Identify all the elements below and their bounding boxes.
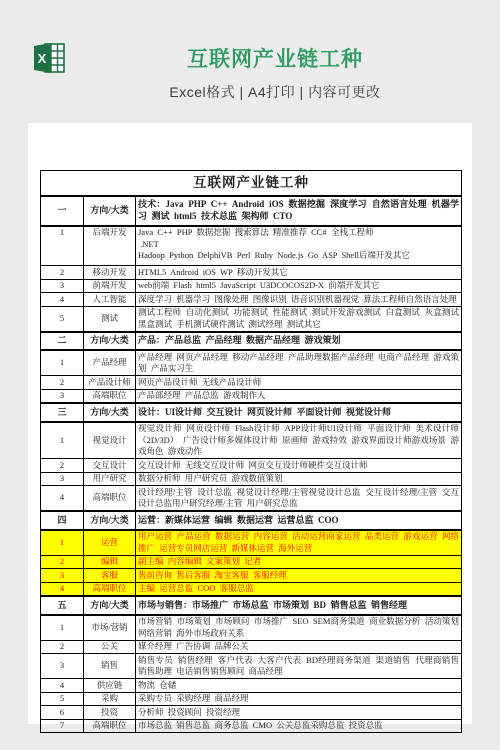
job-row: 4供应链物流 仓储 xyxy=(41,679,462,693)
header: X 互联网产业链工种 Excel格式 | A4打印 | 内容可更改 xyxy=(0,0,500,123)
job-row: 5测试测试工程师 自动化测试 功能测试 性能测试 测试开发游戏测试 白盒测试 灰… xyxy=(41,306,462,332)
job-row-number: 2 xyxy=(41,459,84,473)
job-row-category: 前端开发 xyxy=(84,279,136,293)
job-row-category: 人工智能 xyxy=(84,293,136,307)
job-row: 2移动开发HTML5 Android iOS WP 移动开发其它 xyxy=(41,266,462,280)
job-row-jobs: 媒介经理 广告协调 品牌公关 xyxy=(136,640,462,654)
job-row-category: 用户研究 xyxy=(84,472,136,486)
job-row-category: 高端职位 xyxy=(84,486,136,512)
job-row-jobs: 采购专员 采购经理 商品经理 xyxy=(136,692,462,706)
job-row-jobs: 视觉设计师 网页设计师 Flash设计师 APP设计师UI设计师 平面设计师 美… xyxy=(136,422,462,459)
job-row-jobs: 主编 运营总监 COO 客服总监 xyxy=(136,582,462,596)
section-header-row: 一方向/大类技术：Java PHP C++ Android iOS 数据挖掘 深… xyxy=(41,196,462,226)
job-row-category: 交互设计 xyxy=(84,459,136,473)
job-row-number: 4 xyxy=(41,293,84,307)
job-row-jobs: 网页产品设计师 无线产品设计师 xyxy=(136,376,462,390)
section-summary: 产品：产品总监 产品经理 数据产品经理 游戏策划 xyxy=(136,332,462,351)
job-row: 4高端职位主编 运营总监 COO 客服总监 xyxy=(41,582,462,596)
job-row-number: 4 xyxy=(41,679,84,693)
job-row-category: 供应链 xyxy=(84,679,136,693)
job-row-category: 产品经理 xyxy=(84,350,136,376)
section-number: 三 xyxy=(41,403,84,422)
section-label: 方向/大类 xyxy=(84,403,136,422)
job-row-number: 1 xyxy=(41,615,84,641)
job-row-number: 3 xyxy=(41,472,84,486)
job-row-number: 2 xyxy=(41,555,84,569)
section-summary: 技术：Java PHP C++ Android iOS 数据挖掘 深度学习 自然… xyxy=(136,196,462,226)
job-row: 4人工智能深度学习 机器学习 图像处理 图像识别 语音识别机器视觉 算法工程师自… xyxy=(41,293,462,307)
job-row: 2编辑副主编 内容编辑 文案策划 记者 xyxy=(41,555,462,569)
job-row-category: 采购 xyxy=(84,692,136,706)
job-row-jobs: 市场营销 市场策划 市场顾问 市场推广 SEO SEM商务渠道 商业数据分析 活… xyxy=(136,615,462,641)
section-header-row: 三方向/大类设计：UI设计师 交互设计 网页设计师 平面设计师 视觉设计师 xyxy=(41,403,462,422)
section-label: 方向/大类 xyxy=(84,196,136,226)
job-row-category: 移动开发 xyxy=(84,266,136,280)
job-row: 3前端开发web前端 Flash html5 JavaScript U3DCOC… xyxy=(41,279,462,293)
job-row: 7高端职位市场总监 销售总监 商务总监 CMO 公关总监采购总监 投资总监 xyxy=(41,719,462,733)
job-row-category: 编辑 xyxy=(84,555,136,569)
job-table-body: 互联网产业链工种 一方向/大类技术：Java PHP C++ Android i… xyxy=(41,171,462,733)
section-label: 方向/大类 xyxy=(84,596,136,615)
job-row-jobs: 交互设计师 无线交互设计师 网页交互设计师硬件交互设计师 xyxy=(136,459,462,473)
job-row-number: 6 xyxy=(41,706,84,720)
page-title: 互联网产业链工种 xyxy=(50,43,500,73)
job-row-jobs: 产品部经理 产品总监 游戏制作人 xyxy=(136,389,462,403)
job-row: 5采购采购专员 采购经理 商品经理 xyxy=(41,692,462,706)
job-row-category: 销售 xyxy=(84,654,136,679)
job-row: 1产品经理产品经理 网页产品经理 移动产品经理 产品助理数据产品经理 电商产品经… xyxy=(41,350,462,376)
job-row: 1后端开发Java C++ PHP 数据挖掘 搜索算法 精准推荐 CC# 全栈工… xyxy=(41,226,462,266)
job-row-jobs: 销售专员 销售经理 客户代表 大客户代表 BD经理商务渠道 渠道销售 代理商销售… xyxy=(136,654,462,679)
job-row-number: 4 xyxy=(41,582,84,596)
section-header-row: 五方向/大类市场与销售：市场推广 市场总监 市场策划 BD 销售总监 销售经理 xyxy=(41,596,462,615)
job-row-category: 市场/营销 xyxy=(84,615,136,641)
job-row-number: 7 xyxy=(41,719,84,733)
job-row: 1视觉设计视觉设计师 网页设计师 Flash设计师 APP设计师UI设计师 平面… xyxy=(41,422,462,459)
job-table: 互联网产业链工种 一方向/大类技术：Java PHP C++ Android i… xyxy=(40,170,462,733)
section-number: 二 xyxy=(41,332,84,351)
job-row-category: 客服 xyxy=(84,569,136,583)
job-row-number: 3 xyxy=(41,389,84,403)
job-row: 3高端职位产品部经理 产品总监 游戏制作人 xyxy=(41,389,462,403)
job-row-number: 1 xyxy=(41,530,84,556)
job-row: 4高端职位设计经理/主管 设计总监 视觉设计经理/主管视觉设计总监 交互设计经理… xyxy=(41,486,462,512)
job-row: 1运营用户运营 产品运营 数据运营 内容运营 活动运营商家运营 品类运营 游戏运… xyxy=(41,530,462,556)
job-row: 3用户研究数据分析师 用户研究员 游戏数值策划 xyxy=(41,472,462,486)
job-row-jobs: 副主编 内容编辑 文案策划 记者 xyxy=(136,555,462,569)
section-summary: 运营：新媒体运营 编辑 数据运营 运营总监 COO xyxy=(136,511,462,530)
job-row-jobs: 产品经理 网页产品经理 移动产品经理 产品助理数据产品经理 电商产品经理 游戏策… xyxy=(136,350,462,376)
job-row: 3客服售前咨询 售后客服 淘宝客服 客服经理 xyxy=(41,569,462,583)
job-row: 6投资分析师 投资顾问 投资经理 xyxy=(41,706,462,720)
job-row-jobs: 市场总监 销售总监 商务总监 CMO 公关总监采购总监 投资总监 xyxy=(136,719,462,733)
job-row-category: 投资 xyxy=(84,706,136,720)
job-row-category: 高端职位 xyxy=(84,719,136,733)
job-row-category: 测试 xyxy=(84,306,136,332)
job-row-jobs: 设计经理/主管 设计总监 视觉设计经理/主管视觉设计总监 交互设计经理/主管 交… xyxy=(136,486,462,512)
job-row-jobs: 售前咨询 售后客服 淘宝客服 客服经理 xyxy=(136,569,462,583)
job-row-jobs: Java C++ PHP 数据挖掘 搜索算法 精准推荐 CC# 全栈工程师 .N… xyxy=(136,226,462,266)
job-row-number: 4 xyxy=(41,486,84,512)
job-row-jobs: 物流 仓储 xyxy=(136,679,462,693)
job-row-number: 1 xyxy=(41,350,84,376)
svg-text:X: X xyxy=(38,51,47,66)
job-row-number: 2 xyxy=(41,266,84,280)
job-row-category: 视觉设计 xyxy=(84,422,136,459)
job-row-number: 5 xyxy=(41,692,84,706)
job-row-category: 运营 xyxy=(84,530,136,556)
section-label: 方向/大类 xyxy=(84,511,136,530)
section-header-row: 二方向/大类产品：产品总监 产品经理 数据产品经理 游戏策划 xyxy=(41,332,462,351)
job-row: 2产品设计师网页产品设计师 无线产品设计师 xyxy=(41,376,462,390)
a4-page: 互联网产业链工种 一方向/大类技术：Java PHP C++ Android i… xyxy=(28,123,472,724)
job-row-jobs: HTML5 Android iOS WP 移动开发其它 xyxy=(136,266,462,280)
job-row-jobs: 分析师 投资顾问 投资经理 xyxy=(136,706,462,720)
job-row-jobs: 用户运营 产品运营 数据运营 内容运营 活动运营商家运营 品类运营 游戏运营 网… xyxy=(136,530,462,556)
section-number: 五 xyxy=(41,596,84,615)
job-row-jobs: 深度学习 机器学习 图像处理 图像识别 语音识别机器视觉 算法工程师自然语言处理 xyxy=(136,293,462,307)
job-row-number: 3 xyxy=(41,569,84,583)
job-row-category: 后端开发 xyxy=(84,226,136,266)
job-row-category: 高端职位 xyxy=(84,582,136,596)
job-row-jobs: web前端 Flash html5 JavaScript U3DCOCOS2D-… xyxy=(136,279,462,293)
job-row: 3销售销售专员 销售经理 客户代表 大客户代表 BD经理商务渠道 渠道销售 代理… xyxy=(41,654,462,679)
section-number: 一 xyxy=(41,196,84,226)
job-row-number: 2 xyxy=(41,376,84,390)
job-row-jobs: 数据分析师 用户研究员 游戏数值策划 xyxy=(136,472,462,486)
table-title: 互联网产业链工种 xyxy=(41,171,462,196)
section-label: 方向/大类 xyxy=(84,332,136,351)
section-summary: 设计：UI设计师 交互设计 网页设计师 平面设计师 视觉设计师 xyxy=(136,403,462,422)
job-row-number: 3 xyxy=(41,654,84,679)
section-header-row: 四方向/大类运营：新媒体运营 编辑 数据运营 运营总监 COO xyxy=(41,511,462,530)
job-row-number: 5 xyxy=(41,306,84,332)
table-title-row: 互联网产业链工种 xyxy=(41,171,462,196)
job-row: 2公关媒介经理 广告协调 品牌公关 xyxy=(41,640,462,654)
section-number: 四 xyxy=(41,511,84,530)
job-row-category: 产品设计师 xyxy=(84,376,136,390)
template-preview-page: { "header": { "title": "互联网产业链工种", "subt… xyxy=(0,0,500,750)
job-row: 1市场/营销市场营销 市场策划 市场顾问 市场推广 SEO SEM商务渠道 商业… xyxy=(41,615,462,641)
section-summary: 市场与销售：市场推广 市场总监 市场策划 BD 销售总监 销售经理 xyxy=(136,596,462,615)
job-row: 2交互设计交互设计师 无线交互设计师 网页交互设计师硬件交互设计师 xyxy=(41,459,462,473)
job-row-number: 3 xyxy=(41,279,84,293)
page-subtitle: Excel格式 | A4打印 | 内容可更改 xyxy=(50,82,500,102)
job-row-category: 高端职位 xyxy=(84,389,136,403)
job-row-category: 公关 xyxy=(84,640,136,654)
job-row-number: 2 xyxy=(41,640,84,654)
job-row-number: 1 xyxy=(41,422,84,459)
job-row-number: 1 xyxy=(41,226,84,266)
job-row-jobs: 测试工程师 自动化测试 功能测试 性能测试 测试开发游戏测试 白盒测试 灰盒测试… xyxy=(136,306,462,332)
